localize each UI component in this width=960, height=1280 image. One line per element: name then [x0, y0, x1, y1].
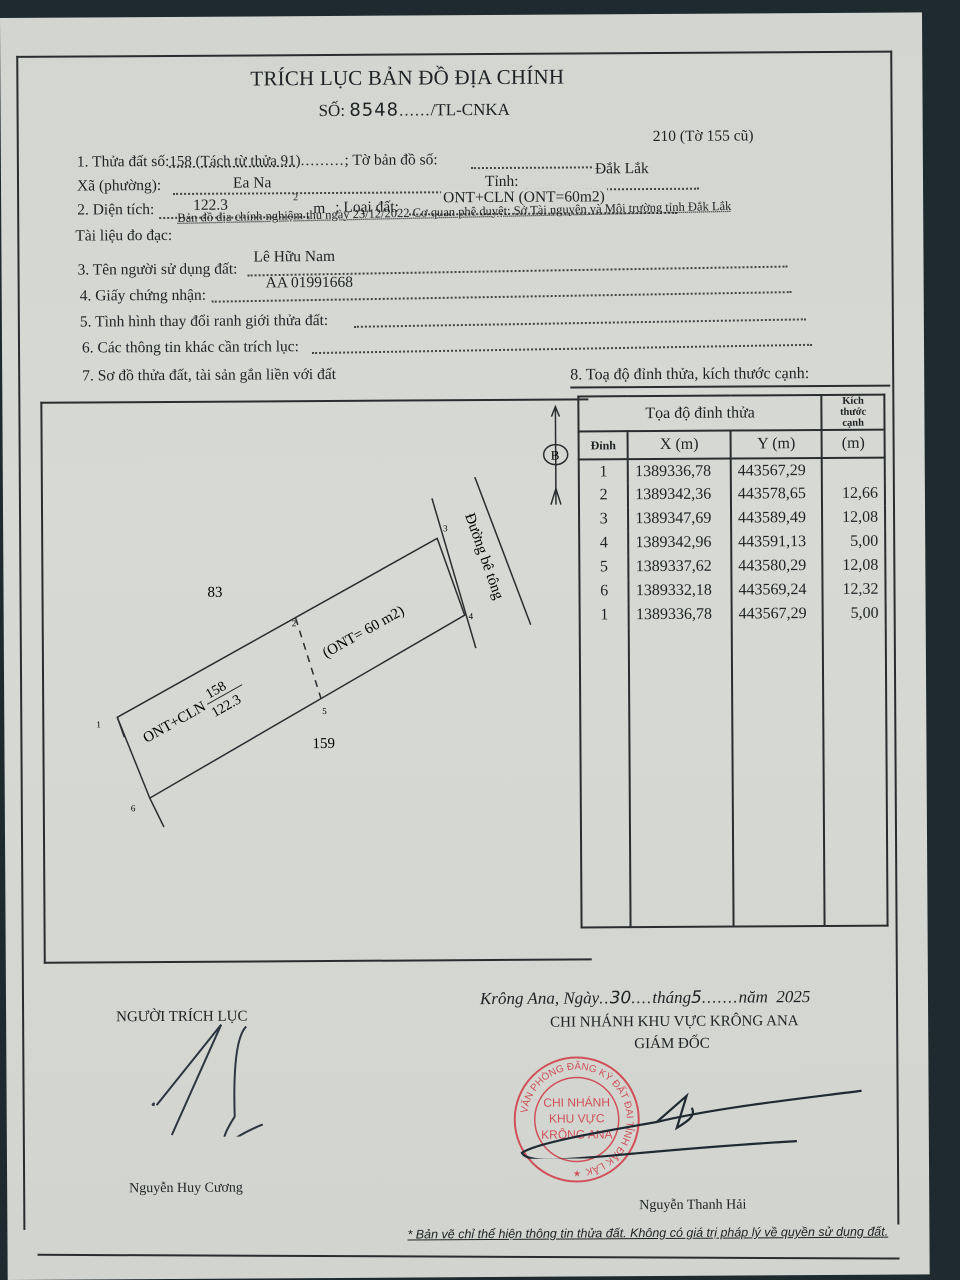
x-cell: 1389336,78 [628, 459, 731, 484]
day-value: 30 [610, 988, 632, 1008]
coordinates-table: Tọa độ đỉnh thửa Kích thước cạnh Đỉnh X … [577, 394, 888, 929]
ont-divider [296, 618, 321, 699]
vertex-cell: 3 [579, 507, 628, 531]
x-cell: 1389347,69 [628, 507, 731, 532]
boundary-extension [150, 798, 164, 827]
area-unit-sup: 2 [293, 192, 298, 203]
length-cell: 5,00 [823, 602, 886, 626]
neighbor-parcel-159: 159 [312, 736, 335, 752]
month-label: tháng [652, 988, 691, 1007]
header-unit: (m) [822, 430, 885, 458]
empty-row [580, 626, 888, 928]
vertex-label: 6 [131, 803, 136, 813]
length-cell: 12,08 [823, 554, 886, 578]
stamp-star-icon: ★ [573, 1168, 581, 1178]
office-name: CHI NHÁNH KHU VỰC KRÔNG ANA [550, 1013, 799, 1032]
extractor-signature [146, 1016, 267, 1137]
dots: .. [599, 988, 610, 1007]
coordinate-row: 31389347,69443589,4912,08 [579, 506, 885, 532]
certificate-label: 4. Giấy chứng nhận: [80, 287, 206, 306]
extractor-name: Nguyễn Huy Cương [129, 1181, 243, 1198]
number-value: 8548 [349, 100, 399, 121]
header-vertex: Đỉnh [579, 431, 628, 459]
vertex-cell: 4 [579, 531, 628, 555]
footer-rule [38, 1254, 900, 1260]
vertex-cell: 1 [580, 603, 629, 627]
coordinate-row: 51389337,62443580,2912,08 [579, 554, 885, 580]
vertex-label: 3 [443, 523, 448, 533]
parcel-value: 158 (Tách từ thửa 91) [169, 153, 300, 170]
y-cell: 443567,29 [732, 602, 824, 627]
vertex-label: 2 [292, 618, 297, 628]
month-value: 5 [691, 988, 702, 1008]
header-coordinates: Tọa độ đỉnh thửa [578, 395, 822, 431]
length-cell [822, 458, 885, 482]
coordinate-row: 61389332,18443569,2412,32 [579, 578, 885, 604]
owner-value: Lê Hữu Nam [253, 248, 335, 266]
x-cell: 1389342,96 [628, 531, 731, 556]
map-sheet-value: 210 (Tờ 155 cũ) [653, 127, 754, 146]
parcel-diagram: B 1 2 3 4 5 6 83 159 Đường bê tông ONT+C… [32, 392, 595, 855]
y-cell: 443578,65 [731, 482, 823, 507]
coordinates-section-label: 8. Toạ độ đỉnh thửa, kích thước cạnh: [570, 365, 809, 384]
number-label: SỐ: [319, 101, 346, 120]
length-cell: 5,00 [823, 530, 886, 554]
header-x: X (m) [628, 431, 731, 460]
document-paper: TRÍCH LỤC BẢN ĐỒ ĐỊA CHÍNH SỐ: 8548.....… [0, 12, 930, 1280]
road-label: Đường bê tông [461, 511, 506, 602]
commune-label: Xã (phường): [77, 177, 161, 196]
map-sheet-label: ; Tờ bản đồ số: [344, 151, 437, 169]
vertex-cell: 6 [579, 579, 628, 603]
coordinate-row: 11389336,78443567,295,00 [580, 602, 886, 628]
y-cell: 443591,13 [731, 530, 823, 555]
dots: ...... [399, 100, 431, 119]
empty-cell [732, 626, 825, 927]
y-cell: 443580,29 [731, 554, 823, 579]
boundary-change-label: 5. Tình hình thay đổi ranh giới thửa đất… [80, 312, 328, 332]
parcel-label: 1. Thửa đất số: [77, 153, 170, 171]
coordinate-row: 41389342,96443591,135,00 [579, 530, 885, 556]
diagram-label: 7. Sơ đồ thửa đất, tài sản gắn liền với … [82, 366, 336, 386]
y-cell: 443567,29 [731, 458, 823, 483]
empty-cell [580, 627, 631, 927]
empty-cell [629, 627, 733, 928]
owner-label: 3. Tên người sử dụng đất: [77, 261, 237, 280]
director-name: Nguyễn Thanh Hải [639, 1197, 746, 1214]
dots: ......... [301, 152, 345, 169]
province-value: Đắk Lắk [593, 160, 651, 178]
year-label: năm [739, 987, 768, 1006]
header-y: Y (m) [730, 430, 822, 459]
coordinate-row: 11389336,78443567,29 [579, 458, 885, 484]
other-info-label: 6. Các thông tin khác cần trích lục: [82, 338, 299, 357]
y-cell: 443569,24 [731, 578, 823, 603]
parcel-boundary [116, 538, 466, 798]
document-number: SỐ: 8548....../TL-CNKA [319, 99, 510, 121]
ont-area-label: (ONT= 60 m2) [320, 603, 407, 662]
vertex-cell: 5 [579, 555, 628, 579]
vertex-label: 1 [96, 719, 101, 729]
dots: .... [631, 988, 652, 1007]
vertex-cell: 1 [579, 459, 628, 483]
parcel-row: 1. Thửa đất số:158 (Tách từ thửa 91)....… [77, 151, 438, 171]
length-cell: 12,66 [822, 482, 885, 506]
year-value: 2025 [776, 987, 810, 1006]
empty-cell [823, 626, 887, 926]
survey-doc-label: Tài liệu đo đạc: [75, 227, 172, 246]
boundary-extension [117, 717, 124, 737]
commune-value: Ea Na [231, 174, 273, 192]
length-cell: 12,08 [822, 506, 885, 530]
area-label: 2. Diện tích: [77, 201, 154, 219]
x-cell: 1389336,78 [629, 603, 732, 628]
coordinates-body: 11389336,78443567,2921389342,36443578,65… [579, 458, 888, 928]
director-signature [516, 1077, 876, 1159]
y-cell: 443589,49 [731, 506, 823, 531]
number-suffix: /TL-CNKA [431, 100, 510, 119]
north-label: B [551, 448, 560, 463]
disclaimer-footnote: * Bản vẽ chỉ thể hiện thông tin thửa đất… [407, 1225, 888, 1242]
coordinate-row: 21389342,36443578,6512,66 [579, 482, 885, 508]
dots: ....... [702, 988, 739, 1007]
vertex-label: 4 [469, 611, 474, 621]
x-cell: 1389332,18 [629, 579, 732, 604]
x-cell: 1389337,62 [629, 555, 732, 580]
place-date: Krông Ana, Ngày..30....tháng5.......năm … [480, 987, 811, 1009]
header-edge-length: Kích thước cạnh [822, 395, 885, 430]
place-date-prefix: Krông Ana, Ngày [480, 988, 599, 1008]
x-cell: 1389342,36 [628, 483, 731, 508]
vertex-label: 5 [322, 706, 327, 716]
length-cell: 12,32 [823, 578, 886, 602]
parcel-label: ONT+CLN 158 122.3 [137, 672, 251, 757]
certificate-value: AA 01991668 [266, 274, 354, 293]
director-title: GIÁM ĐỐC [634, 1036, 710, 1053]
vertex-cell: 2 [579, 483, 628, 507]
land-use-code: ONT+CLN [141, 699, 209, 747]
neighbor-parcel-83: 83 [207, 585, 222, 601]
document-title: TRÍCH LỤC BẢN ĐỒ ĐỊA CHÍNH [250, 65, 564, 92]
